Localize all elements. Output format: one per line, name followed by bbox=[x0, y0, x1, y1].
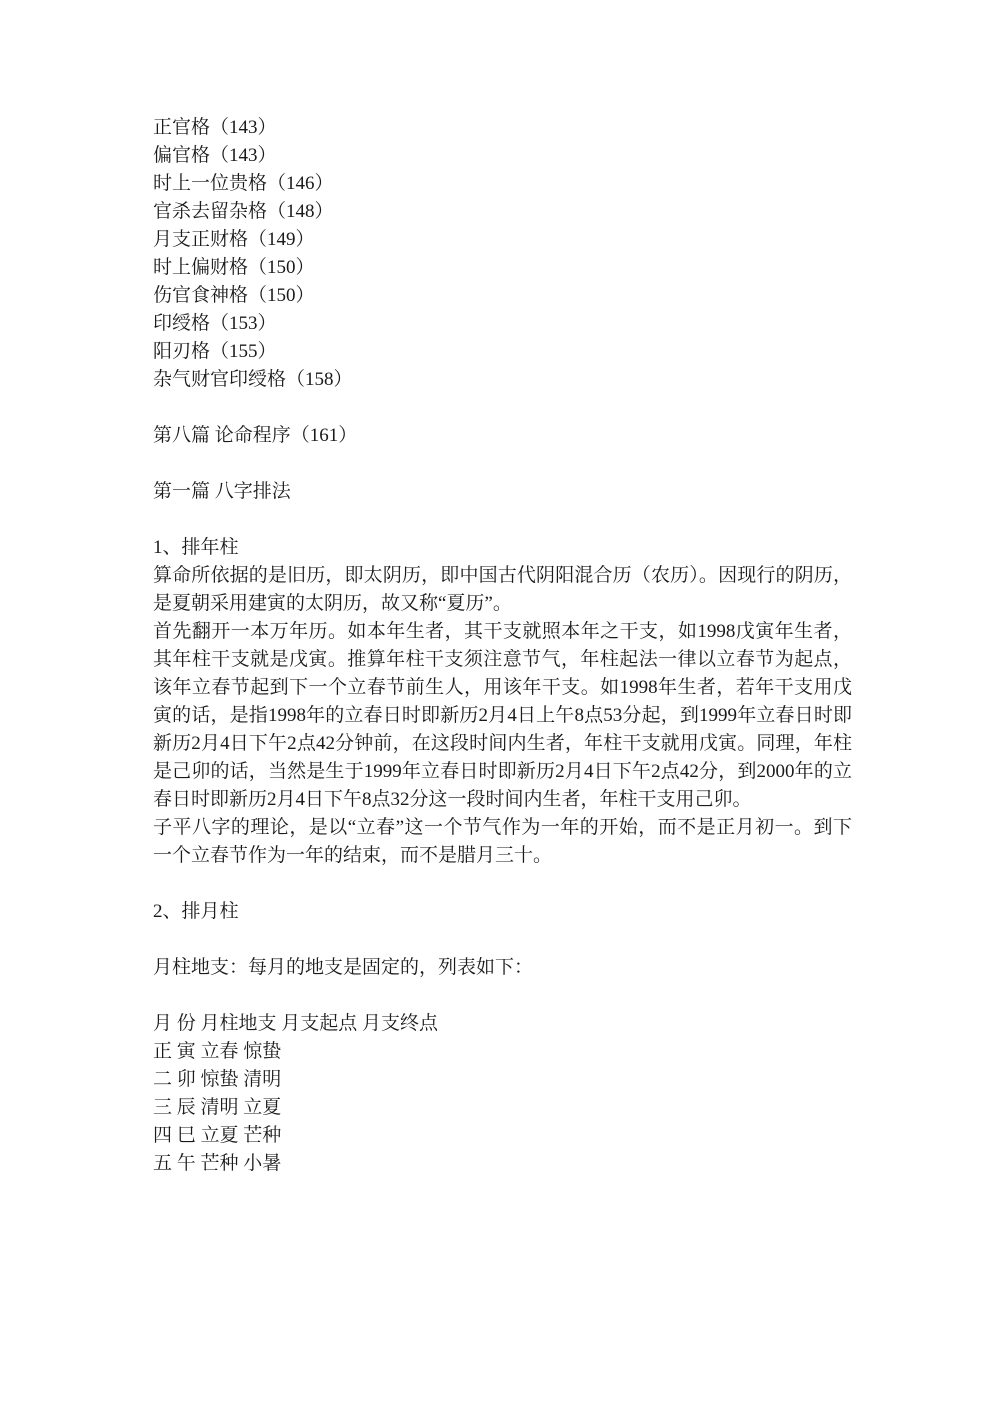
toc-item: 月支正财格（149） bbox=[153, 226, 852, 254]
toc-list: 正官格（143）偏官格（143）时上一位贵格（146）官杀去留杂格（148）月支… bbox=[153, 114, 852, 394]
year-pillar-paragraph-3: 子平八字的理论，是以“立春”这一个节气作为一年的开始，而不是正月初一。到下一个立… bbox=[153, 814, 852, 870]
document-page: 正官格（143）偏官格（143）时上一位贵格（146）官杀去留杂格（148）月支… bbox=[0, 0, 1000, 1414]
toc-item: 杂气财官印绶格（158） bbox=[153, 366, 852, 394]
month-pillar-heading: 2、排月柱 bbox=[153, 898, 852, 926]
table-row: 五 午 芒种 小暑 bbox=[153, 1150, 852, 1178]
toc-chapter-line: 第八篇 论命程序（161） bbox=[153, 422, 852, 450]
toc-item: 正官格（143） bbox=[153, 114, 852, 142]
table-row: 二 卯 惊蛰 清明 bbox=[153, 1066, 852, 1094]
toc-item: 偏官格（143） bbox=[153, 142, 852, 170]
toc-item: 时上一位贵格（146） bbox=[153, 170, 852, 198]
table-header-row: 月 份 月柱地支 月支起点 月支终点 bbox=[153, 1010, 852, 1038]
year-pillar-heading: 1、排年柱 bbox=[153, 534, 852, 562]
toc-item: 阳刃格（155） bbox=[153, 338, 852, 366]
table-row: 三 辰 清明 立夏 bbox=[153, 1094, 852, 1122]
month-pillar-intro: 月柱地支：每月的地支是固定的，列表如下： bbox=[153, 954, 852, 982]
toc-item: 官杀去留杂格（148） bbox=[153, 198, 852, 226]
toc-item: 伤官食神格（150） bbox=[153, 282, 852, 310]
year-pillar-paragraph-2: 首先翻开一本万年历。如本年生者，其干支就照本年之干支，如1998戊寅年生者，其年… bbox=[153, 618, 852, 814]
toc-item: 时上偏财格（150） bbox=[153, 254, 852, 282]
toc-item: 印绶格（153） bbox=[153, 310, 852, 338]
section-title: 第一篇 八字排法 bbox=[153, 478, 852, 506]
year-pillar-paragraph-1: 算命所依据的是旧历，即太阴历，即中国古代阴阳混合历（农历）。因现行的阴历，是夏朝… bbox=[153, 562, 852, 618]
month-table: 月 份 月柱地支 月支起点 月支终点正 寅 立春 惊蛰二 卯 惊蛰 清明三 辰 … bbox=[153, 1010, 852, 1178]
page-content: 正官格（143）偏官格（143）时上一位贵格（146）官杀去留杂格（148）月支… bbox=[153, 114, 852, 1178]
table-row: 四 巳 立夏 芒种 bbox=[153, 1122, 852, 1150]
table-row: 正 寅 立春 惊蛰 bbox=[153, 1038, 852, 1066]
